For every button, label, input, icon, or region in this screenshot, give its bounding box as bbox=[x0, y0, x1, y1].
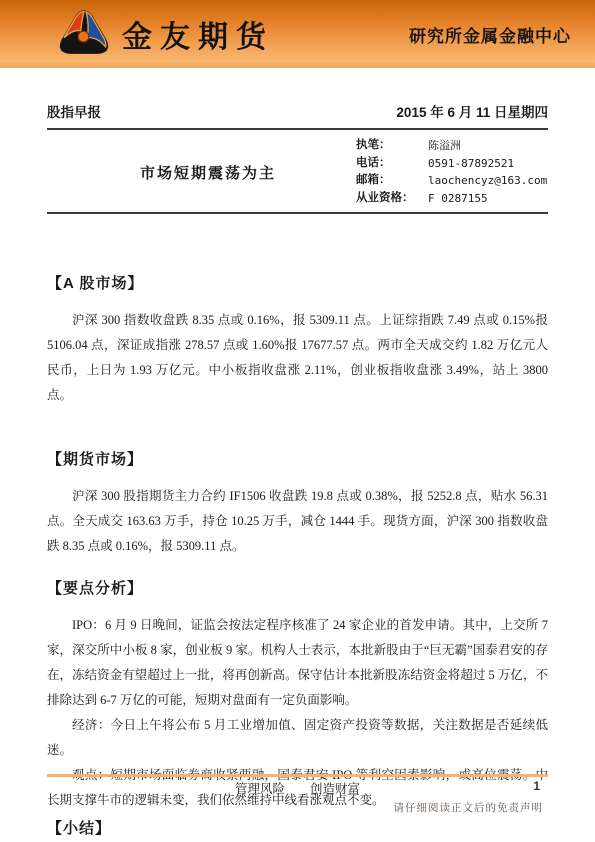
report-date: 2015 年 6 月 11 日星期四 bbox=[396, 101, 548, 121]
qualification-number: F 0287155 bbox=[428, 190, 488, 208]
analysis-paragraph-economy: 经济：今日上午将公布 5 月工业增加值、固定资产投资等数据，关注数据是否延续低迷… bbox=[47, 713, 548, 763]
divider-info-bottom bbox=[47, 212, 548, 214]
author-row-email: 邮箱： laochencyz@163.com bbox=[356, 172, 548, 190]
header-banner: 金友期货 研究所金属金融中心 bbox=[0, 0, 595, 68]
email-label: 邮箱： bbox=[356, 172, 428, 190]
writer-name: 陈溢洲 bbox=[428, 137, 461, 155]
info-section: 市场短期震荡为主 执笔： 陈溢洲 电话： 0591-87892521 邮箱： l… bbox=[47, 130, 548, 212]
section-heading-futures: 【期货市场】 bbox=[47, 448, 548, 469]
email-address: laochencyz@163.com bbox=[428, 172, 547, 190]
report-type-label: 股指早报 bbox=[47, 101, 101, 121]
footer-row: 管理风险 创造财富 1 bbox=[47, 779, 548, 795]
report-title: 市场短期震荡为主 bbox=[140, 162, 276, 183]
section-heading-a-share: 【A 股市场】 bbox=[47, 272, 548, 293]
footer-slogan: 管理风险 创造财富 bbox=[235, 782, 360, 796]
futures-paragraph: 沪深 300 股指期货主力合约 IF1506 收盘跌 19.8 点或 0.38%… bbox=[47, 484, 548, 559]
writer-label: 执笔： bbox=[356, 137, 428, 155]
author-row-phone: 电话： 0591-87892521 bbox=[356, 155, 548, 173]
company-logo-icon bbox=[56, 8, 112, 62]
analysis-paragraph-ipo: IPO：6 月 9 日晚间，证监会按法定程序核准了 24 家企业的首发申请。其中… bbox=[47, 613, 548, 713]
department-name: 研究所金属金融中心 bbox=[409, 22, 571, 47]
a-share-paragraph: 沪深 300 指数收盘跌 8.35 点或 0.16%，报 5309.11 点。上… bbox=[47, 308, 548, 408]
report-content: 股指早报 2015 年 6 月 11 日星期四 市场短期震荡为主 执笔： 陈溢洲… bbox=[0, 101, 595, 838]
section-heading-summary: 【小结】 bbox=[47, 817, 548, 838]
company-name: 金友期货 bbox=[122, 12, 274, 56]
footer-disclaimer: 请仔细阅读正文后的免责声明 bbox=[394, 800, 544, 815]
qualification-label: 从业资格： bbox=[356, 190, 428, 208]
report-page: 金友期货 研究所金属金融中心 股指早报 2015 年 6 月 11 日星期四 市… bbox=[0, 0, 595, 842]
meta-row: 股指早报 2015 年 6 月 11 日星期四 bbox=[47, 101, 548, 128]
footer-divider bbox=[47, 774, 548, 777]
section-heading-analysis: 【要点分析】 bbox=[47, 577, 548, 598]
author-row-qualification: 从业资格： F 0287155 bbox=[356, 190, 548, 208]
page-number: 1 bbox=[533, 779, 540, 793]
phone-number: 0591-87892521 bbox=[428, 155, 514, 173]
phone-label: 电话： bbox=[356, 155, 428, 173]
author-block: 执笔： 陈溢洲 电话： 0591-87892521 邮箱： laochencyz… bbox=[356, 137, 548, 207]
author-row-writer: 执笔： 陈溢洲 bbox=[356, 137, 548, 155]
